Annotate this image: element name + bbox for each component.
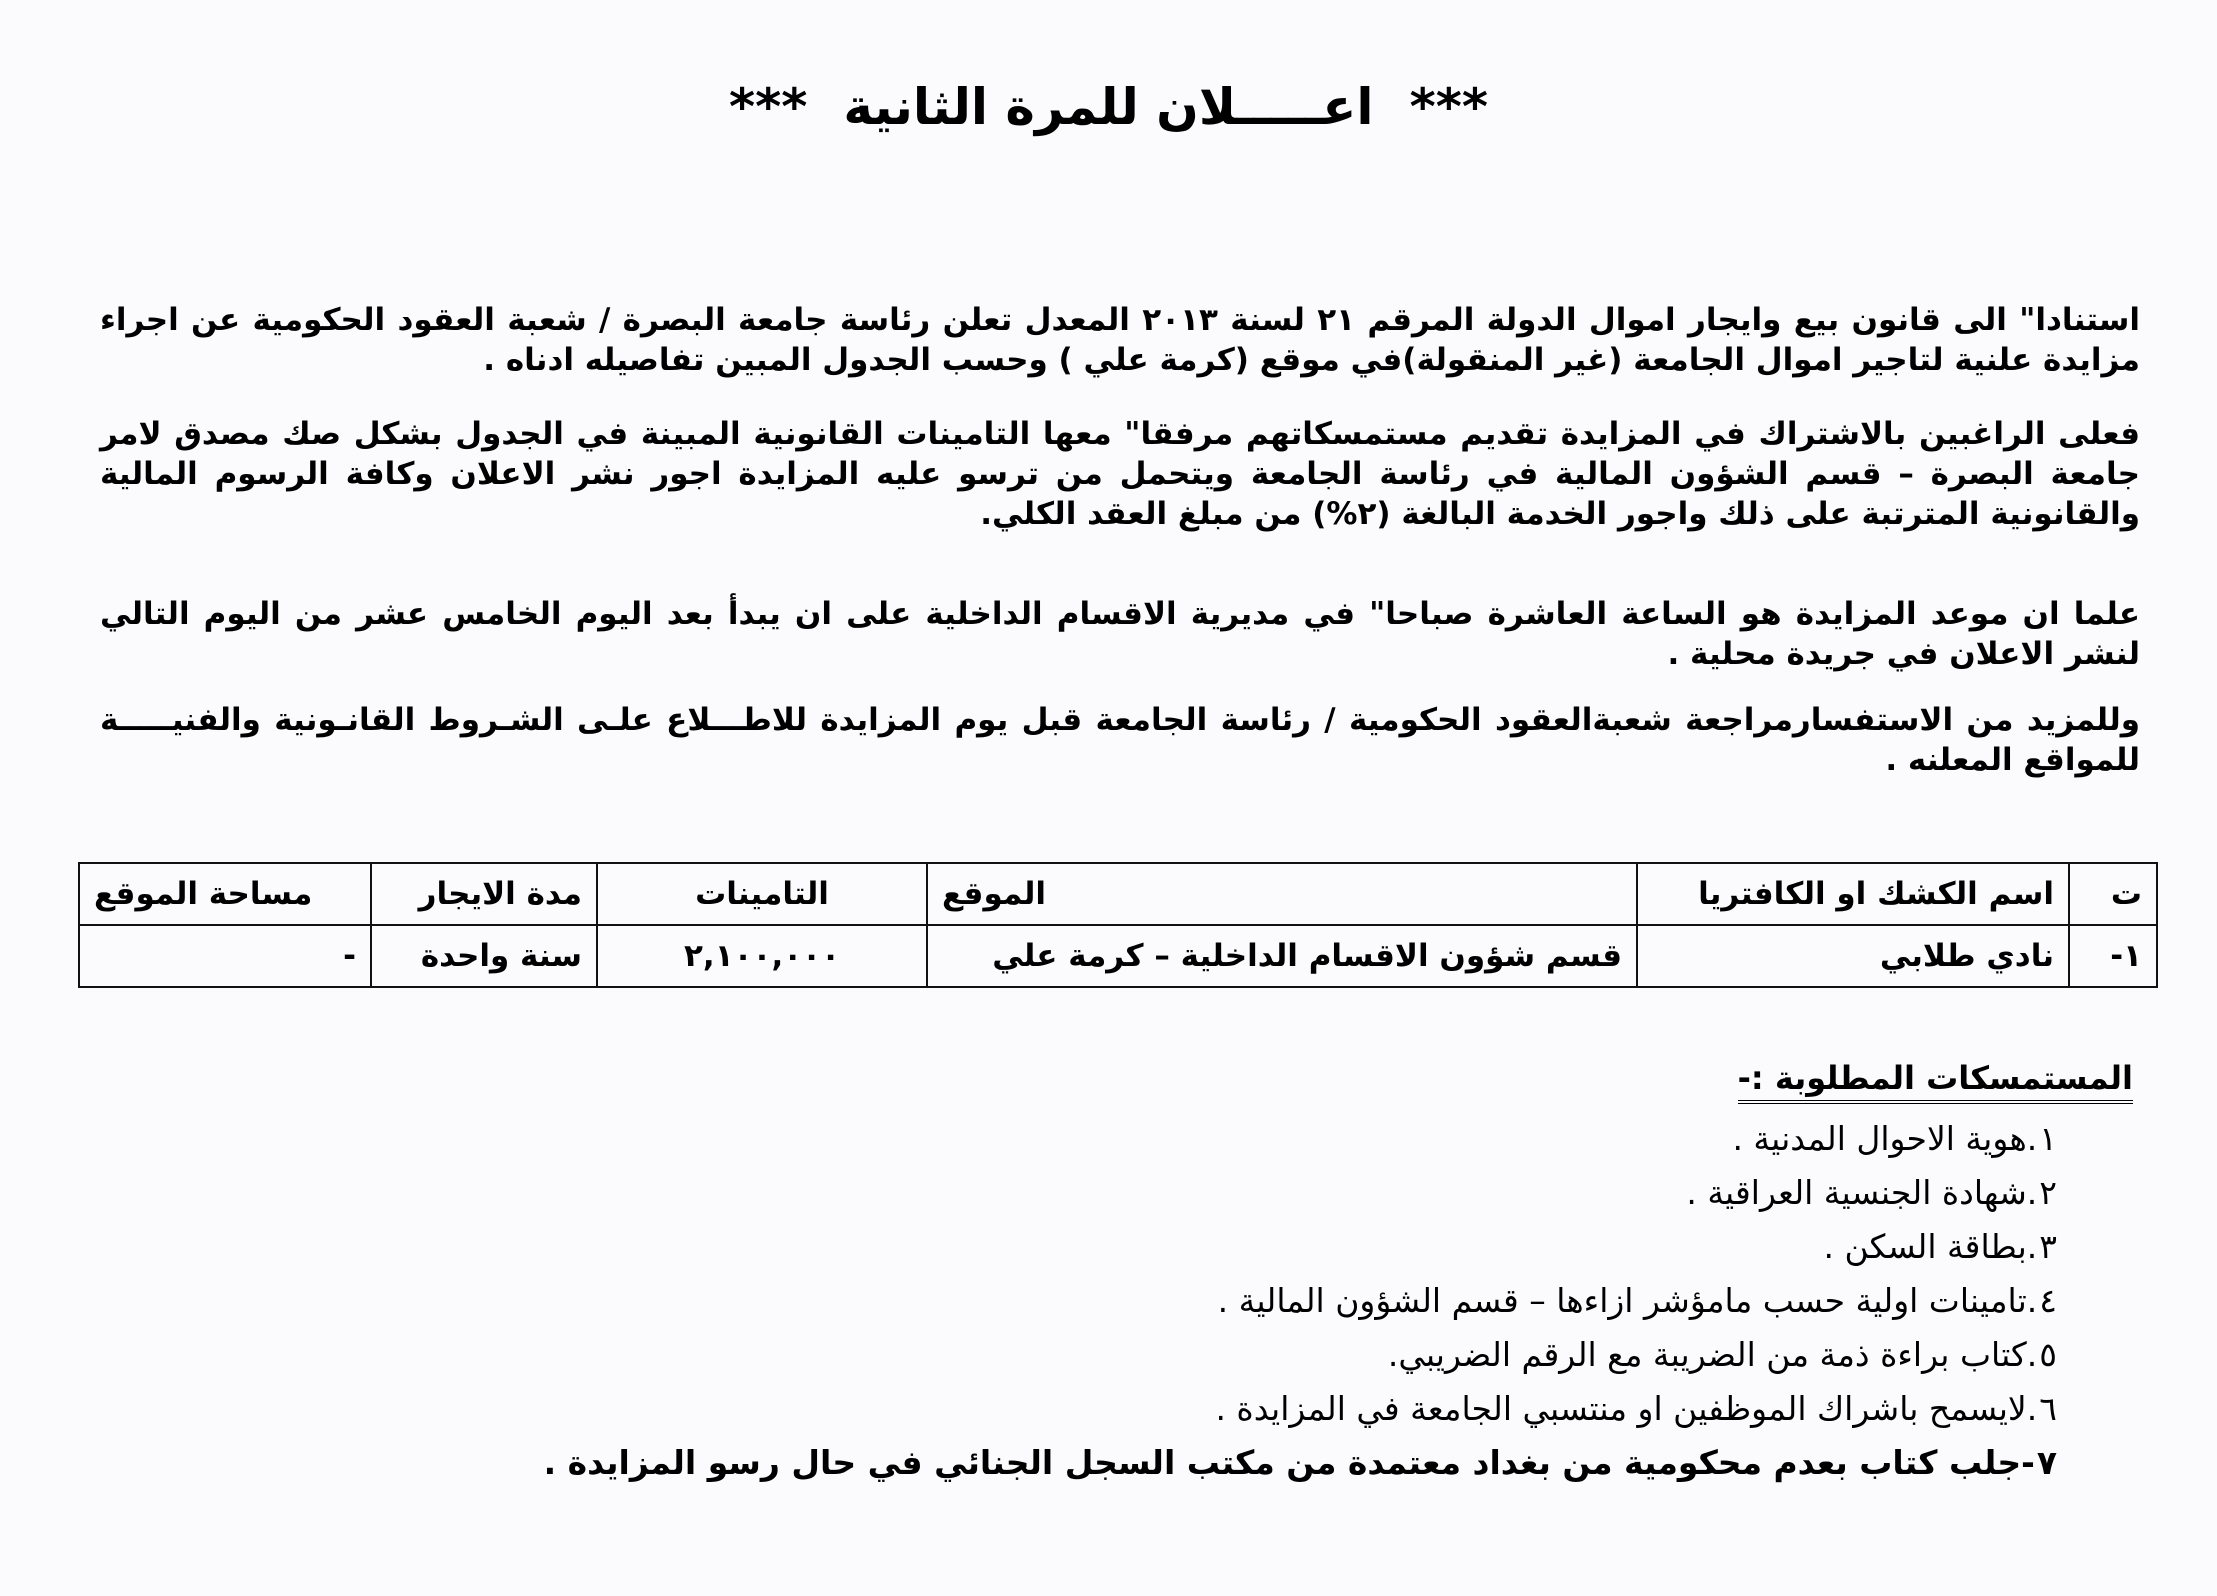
requirements-list: ١.هوية الاحوال المدنية . ٢.شهادة الجنسية… (544, 1112, 2057, 1490)
title-stars-right: *** (1410, 78, 1488, 136)
list-item: ١.هوية الاحوال المدنية . (544, 1112, 2057, 1166)
cell-location: قسم شؤون الاقسام الداخلية – كرمة علي (927, 925, 1637, 987)
paragraph-participation: فعلى الراغبين بالاشتراك في المزايدة تقدي… (100, 414, 2140, 534)
paragraph-inquiries: وللمزيد من الاستفسارمراجعة شعبةالعقود ال… (100, 700, 2140, 780)
announcement-title: ***اعـــــلان للمرة الثانية*** (0, 78, 2217, 136)
table-row: ١- نادي طلابي قسم شؤون الاقسام الداخلية … (79, 925, 2157, 987)
cell-kiosk-name: نادي طلابي (1637, 925, 2069, 987)
announcement-page: ***اعـــــلان للمرة الثانية*** استنادا" … (0, 0, 2217, 1596)
list-item: ٤.تامينات اولية حسب مامؤشر ازاءها – قسم … (544, 1274, 2057, 1328)
header-location: الموقع (927, 863, 1637, 925)
title-text: اعـــــلان للمرة الثانية (843, 78, 1373, 136)
cell-lease-duration: سنة واحدة (371, 925, 597, 987)
requirements-title: المستمسكات المطلوبة :- (1738, 1058, 2133, 1104)
list-item: ٦.لايسمح باشراك الموظفين او منتسبي الجام… (544, 1382, 2057, 1436)
header-kiosk-name: اسم الكشك او الكافتريا (1637, 863, 2069, 925)
lease-table: ت اسم الكشك او الكافتريا الموقع التامينا… (78, 862, 2158, 988)
cell-deposits: ٢,١٠٠,٠٠٠ (597, 925, 927, 987)
list-item: ٧-جلب كتاب بعدم محكومية من بغداد معتمدة … (544, 1436, 2057, 1490)
paragraph-auction-date: علما ان موعد المزايدة هو الساعة العاشرة … (100, 594, 2140, 674)
title-stars-left: *** (729, 78, 807, 136)
list-item: ٣.بطاقة السكن . (544, 1220, 2057, 1274)
header-site-area: مساحة الموقع (79, 863, 371, 925)
cell-serial: ١- (2069, 925, 2157, 987)
table-header-row: ت اسم الكشك او الكافتريا الموقع التامينا… (79, 863, 2157, 925)
header-lease-duration: مدة الايجار (371, 863, 597, 925)
header-deposits: التامينات (597, 863, 927, 925)
header-serial: ت (2069, 863, 2157, 925)
list-item: ٢.شهادة الجنسية العراقية . (544, 1166, 2057, 1220)
list-item: ٥.كتاب براءة ذمة من الضريبة مع الرقم الض… (544, 1328, 2057, 1382)
cell-site-area: - (79, 925, 371, 987)
paragraph-intro: استنادا" الى قانون بيع وايجار اموال الدو… (100, 300, 2140, 380)
